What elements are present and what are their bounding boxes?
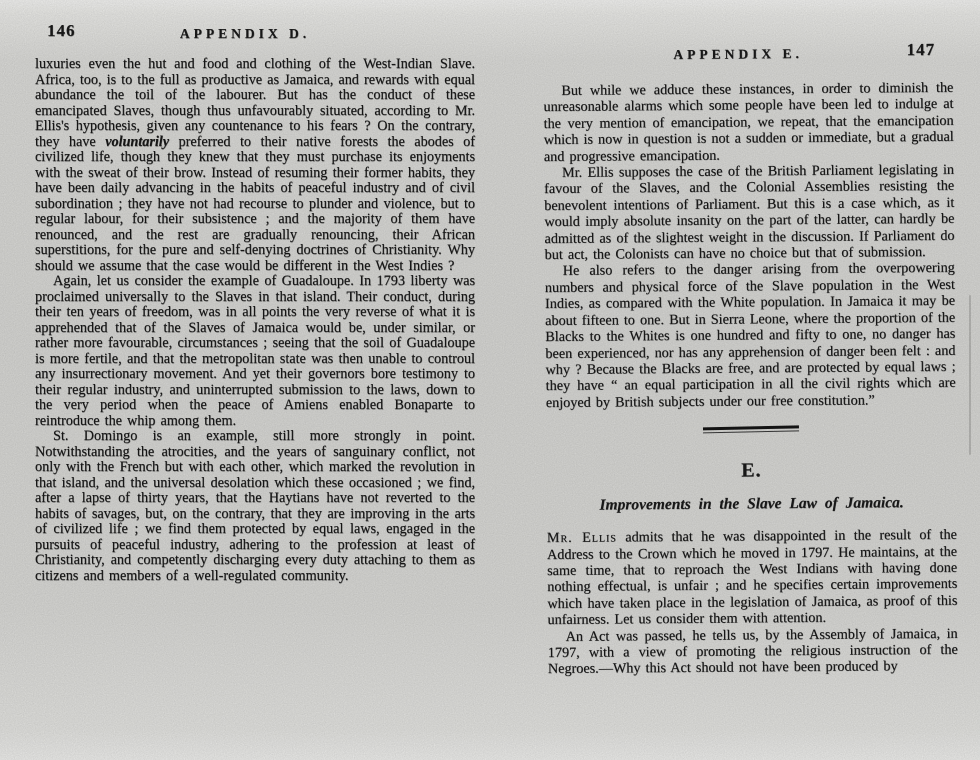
text-segment: An Act was passed, he tells us, by the A… bbox=[548, 625, 958, 677]
running-header: APPENDIX D. bbox=[25, 26, 465, 42]
text-segment: Mr. Ellis bbox=[547, 530, 617, 547]
page-body: But while we adduce these instances, in … bbox=[543, 80, 956, 411]
text-segment: preferred to their native forests the ab… bbox=[35, 134, 475, 274]
scan-edge-artifact bbox=[969, 295, 971, 455]
section-divider bbox=[703, 426, 799, 434]
section-heading: E. bbox=[546, 458, 956, 484]
text-segment: Again, let us consider the example of Gu… bbox=[35, 273, 475, 429]
page-body: luxuries even the hut and food and cloth… bbox=[35, 57, 475, 584]
page-header: 146 APPENDIX D. bbox=[35, 26, 475, 48]
page-header: APPENDIX E. 147 bbox=[543, 45, 953, 70]
paragraph: Mr. Ellis admits that he was disappointe… bbox=[547, 527, 958, 629]
text-segment: But while we adduce these instances, in … bbox=[543, 80, 953, 165]
text-segment: voluntarily bbox=[105, 134, 169, 150]
text-segment: St. Domingo is an example, still more st… bbox=[35, 428, 475, 584]
page-number: 147 bbox=[906, 40, 935, 60]
section-title: Improvements in the Slave Law of Jamaica… bbox=[547, 494, 957, 515]
text-segment: He also refers to the danger arising fro… bbox=[545, 260, 956, 410]
text-segment: Mr. Ellis supposes the case of the Briti… bbox=[544, 162, 954, 263]
book-scan: 146 APPENDIX D. luxuries even the hut an… bbox=[0, 0, 980, 760]
paragraph: St. Domingo is an example, still more st… bbox=[35, 429, 475, 584]
paragraph: An Act was passed, he tells us, by the A… bbox=[548, 625, 958, 677]
page-146: 146 APPENDIX D. luxuries even the hut an… bbox=[35, 26, 475, 584]
running-header: APPENDIX E. bbox=[533, 45, 943, 64]
paragraph: But while we adduce these instances, in … bbox=[543, 80, 954, 165]
paragraph: He also refers to the danger arising fro… bbox=[545, 260, 956, 411]
paragraph: Mr. Ellis supposes the case of the Briti… bbox=[544, 162, 955, 264]
paragraph: luxuries even the hut and food and cloth… bbox=[35, 57, 475, 274]
section-body: Mr. Ellis admits that he was disappointe… bbox=[547, 527, 958, 678]
page-147: APPENDIX E. 147 But while we adduce thes… bbox=[543, 45, 958, 678]
paragraph: Again, let us consider the example of Gu… bbox=[35, 274, 475, 429]
